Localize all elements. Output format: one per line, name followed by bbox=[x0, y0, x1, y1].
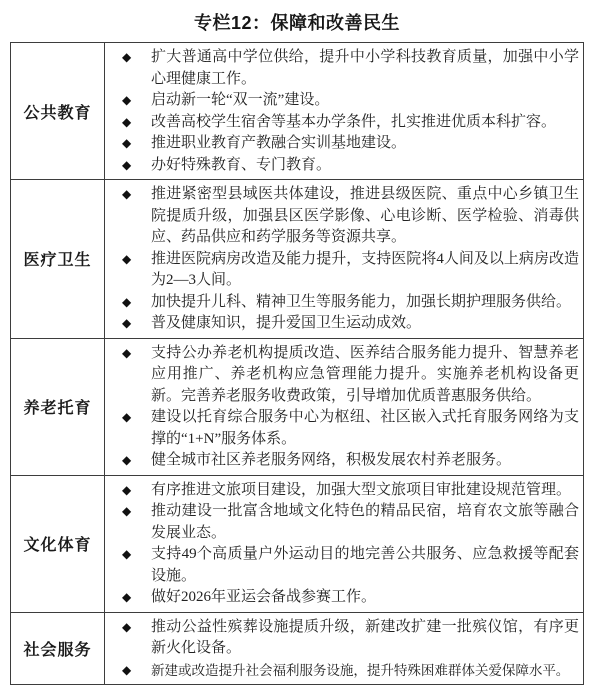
category-cell: 文化体育 bbox=[11, 475, 105, 612]
items-cell: ◆扩大普通高中学位供给，提升中小学科技教育质量，加强中小学心理健康工作。◆启动新… bbox=[105, 43, 584, 180]
table-body: 公共教育◆扩大普通高中学位供给，提升中小学科技教育质量，加强中小学心理健康工作。… bbox=[11, 43, 584, 685]
diamond-bullet-icon: ◆ bbox=[105, 184, 151, 206]
diamond-bullet-icon: ◆ bbox=[105, 544, 151, 566]
table-row: 医疗卫生◆推进紧密型县域医共体建设，推进县级医院、重点中心乡镇卫生院提质升级，加… bbox=[11, 180, 584, 339]
list-item: ◆新建或改造提升社会福利服务设施，提升特殊困难群体关爱保障水平。 bbox=[105, 660, 579, 682]
list-item: ◆推动建设一批富含地域文化特色的精品民宿，培育农文旅等融合发展业态。 bbox=[105, 501, 579, 544]
item-text: 推进医院病房改造及能力提升，支持医院将4人间及以上病房改造为2—3人间。 bbox=[151, 249, 579, 292]
item-text: 新建或改造提升社会福利服务设施，提升特殊困难群体关爱保障水平。 bbox=[151, 660, 579, 682]
list-item: ◆建设以托育综合服务中心为枢纽、社区嵌入式托育服务网络为支撑的“1+N”服务体系… bbox=[105, 407, 579, 450]
document-page: 专栏12：保障和改善民生 公共教育◆扩大普通高中学位供给，提升中小学科技教育质量… bbox=[0, 0, 594, 700]
item-text: 启动新一轮“双一流”建设。 bbox=[151, 90, 579, 112]
diamond-bullet-icon: ◆ bbox=[105, 407, 151, 429]
diamond-bullet-icon: ◆ bbox=[105, 155, 151, 177]
diamond-bullet-icon: ◆ bbox=[105, 343, 151, 365]
item-text: 支持49个高质量户外运动目的地完善公共服务、应急救援等配套设施。 bbox=[151, 544, 579, 587]
list-item: ◆推进职业教育产教融合实训基地建设。 bbox=[105, 133, 579, 155]
list-item: ◆做好2026年亚运会备战参赛工作。 bbox=[105, 587, 579, 609]
category-cell: 医疗卫生 bbox=[11, 180, 105, 339]
category-cell: 养老托育 bbox=[11, 338, 105, 475]
list-item: ◆推动公益性殡葬设施提质升级，新建改扩建一批殡仪馆，有序更新火化设备。 bbox=[105, 617, 579, 660]
diamond-bullet-icon: ◆ bbox=[105, 617, 151, 639]
livelihood-table: 公共教育◆扩大普通高中学位供给，提升中小学科技教育质量，加强中小学心理健康工作。… bbox=[10, 42, 584, 685]
items-cell: ◆支持公办养老机构提质改造、医养结合服务能力提升、智慧养老应用推广、养老机构应急… bbox=[105, 338, 584, 475]
diamond-bullet-icon: ◆ bbox=[105, 480, 151, 502]
diamond-bullet-icon: ◆ bbox=[105, 90, 151, 112]
item-text: 扩大普通高中学位供给，提升中小学科技教育质量，加强中小学心理健康工作。 bbox=[151, 47, 579, 90]
category-cell: 社会服务 bbox=[11, 612, 105, 685]
diamond-bullet-icon: ◆ bbox=[105, 292, 151, 314]
table-row: 文化体育◆有序推进文旅项目建设，加强大型文旅项目审批建设规范管理。◆推动建设一批… bbox=[11, 475, 584, 612]
item-text: 推进职业教育产教融合实训基地建设。 bbox=[151, 133, 579, 155]
list-item: ◆推进医院病房改造及能力提升，支持医院将4人间及以上病房改造为2—3人间。 bbox=[105, 249, 579, 292]
list-item: ◆扩大普通高中学位供给，提升中小学科技教育质量，加强中小学心理健康工作。 bbox=[105, 47, 579, 90]
diamond-bullet-icon: ◆ bbox=[105, 450, 151, 472]
item-text: 推动建设一批富含地域文化特色的精品民宿，培育农文旅等融合发展业态。 bbox=[151, 501, 579, 544]
list-item: ◆有序推进文旅项目建设，加强大型文旅项目审批建设规范管理。 bbox=[105, 480, 579, 502]
table-row: 社会服务◆推动公益性殡葬设施提质升级，新建改扩建一批殡仪馆，有序更新火化设备。◆… bbox=[11, 612, 584, 685]
item-text: 支持公办养老机构提质改造、医养结合服务能力提升、智慧养老应用推广、养老机构应急管… bbox=[151, 343, 579, 408]
item-text: 改善高校学生宿舍等基本办学条件，扎实推进优质本科扩容。 bbox=[151, 112, 579, 134]
list-item: ◆普及健康知识，提升爱国卫生运动成效。 bbox=[105, 313, 579, 335]
list-item: ◆支持公办养老机构提质改造、医养结合服务能力提升、智慧养老应用推广、养老机构应急… bbox=[105, 343, 579, 408]
item-text: 有序推进文旅项目建设，加强大型文旅项目审批建设规范管理。 bbox=[151, 480, 579, 502]
diamond-bullet-icon: ◆ bbox=[105, 501, 151, 523]
list-item: ◆启动新一轮“双一流”建设。 bbox=[105, 90, 579, 112]
list-item: ◆改善高校学生宿舍等基本办学条件，扎实推进优质本科扩容。 bbox=[105, 112, 579, 134]
diamond-bullet-icon: ◆ bbox=[105, 133, 151, 155]
list-item: ◆健全城市社区养老服务网络，积极发展农村养老服务。 bbox=[105, 450, 579, 472]
list-item: ◆办好特殊教育、专门教育。 bbox=[105, 155, 579, 177]
item-text: 办好特殊教育、专门教育。 bbox=[151, 155, 579, 177]
list-item: ◆推进紧密型县域医共体建设，推进县级医院、重点中心乡镇卫生院提质升级，加强县区医… bbox=[105, 184, 579, 249]
diamond-bullet-icon: ◆ bbox=[105, 112, 151, 134]
diamond-bullet-icon: ◆ bbox=[105, 660, 151, 682]
items-cell: ◆有序推进文旅项目建设，加强大型文旅项目审批建设规范管理。◆推动建设一批富含地域… bbox=[105, 475, 584, 612]
table-row: 养老托育◆支持公办养老机构提质改造、医养结合服务能力提升、智慧养老应用推广、养老… bbox=[11, 338, 584, 475]
item-text: 健全城市社区养老服务网络，积极发展农村养老服务。 bbox=[151, 450, 579, 472]
item-text: 推进紧密型县域医共体建设，推进县级医院、重点中心乡镇卫生院提质升级，加强县区医学… bbox=[151, 184, 579, 249]
diamond-bullet-icon: ◆ bbox=[105, 47, 151, 69]
list-item: ◆支持49个高质量户外运动目的地完善公共服务、应急救援等配套设施。 bbox=[105, 544, 579, 587]
item-text: 加快提升儿科、精神卫生等服务能力，加强长期护理服务供给。 bbox=[151, 292, 579, 314]
diamond-bullet-icon: ◆ bbox=[105, 587, 151, 609]
diamond-bullet-icon: ◆ bbox=[105, 249, 151, 271]
items-cell: ◆推动公益性殡葬设施提质升级，新建改扩建一批殡仪馆，有序更新火化设备。◆新建或改… bbox=[105, 612, 584, 685]
page-title: 专栏12：保障和改善民生 bbox=[0, 9, 594, 35]
item-text: 做好2026年亚运会备战参赛工作。 bbox=[151, 587, 579, 609]
table-row: 公共教育◆扩大普通高中学位供给，提升中小学科技教育质量，加强中小学心理健康工作。… bbox=[11, 43, 584, 180]
items-cell: ◆推进紧密型县域医共体建设，推进县级医院、重点中心乡镇卫生院提质升级，加强县区医… bbox=[105, 180, 584, 339]
item-text: 普及健康知识，提升爱国卫生运动成效。 bbox=[151, 313, 579, 335]
list-item: ◆加快提升儿科、精神卫生等服务能力，加强长期护理服务供给。 bbox=[105, 292, 579, 314]
category-cell: 公共教育 bbox=[11, 43, 105, 180]
item-text: 建设以托育综合服务中心为枢纽、社区嵌入式托育服务网络为支撑的“1+N”服务体系。 bbox=[151, 407, 579, 450]
diamond-bullet-icon: ◆ bbox=[105, 313, 151, 335]
item-text: 推动公益性殡葬设施提质升级，新建改扩建一批殡仪馆，有序更新火化设备。 bbox=[151, 617, 579, 660]
